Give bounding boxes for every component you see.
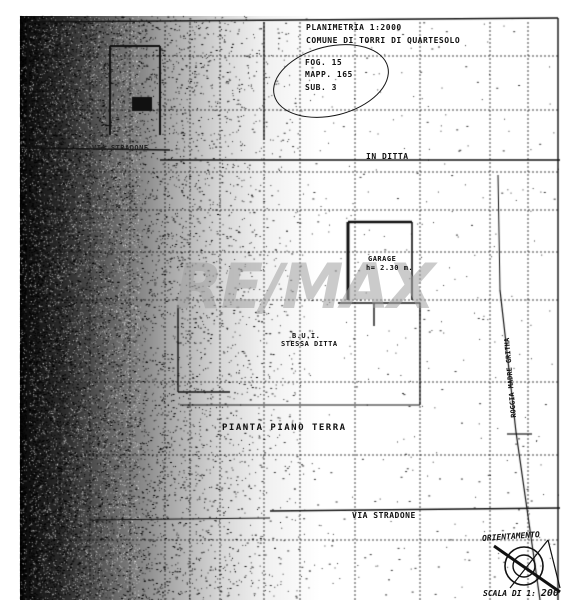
municipality-label: COMUNE DI TORRI DI QUARTESOLO	[306, 37, 460, 45]
floor-title: PIANTA PIANO TERRA	[222, 424, 347, 433]
mappale-label: MAPP. 165	[305, 71, 353, 79]
subalterno-label: SUB. 3	[305, 84, 337, 92]
foglio-label: FOG. 15	[305, 59, 342, 67]
scale-label: SCALA DI 1:	[483, 589, 536, 598]
plan-scale-title: PLANIMETRIA 1:2000	[306, 24, 402, 32]
garage-height-label: h= 2.30 m.	[366, 265, 413, 272]
neighbor-label: IN DITTA	[366, 153, 409, 161]
scale-note: SCALA DI 1: 200	[483, 588, 559, 599]
south-street-label: VIA STRADONE	[352, 512, 416, 520]
scale-value: 200	[541, 588, 559, 599]
north-street-label: VIA STRADONE	[92, 145, 149, 152]
floor-plan-sheet: RE/MAX PLANIMETRIA 1:2000 COMUNE DI TORR…	[0, 0, 587, 600]
bui-owner-label: STESSA DITTA	[281, 341, 338, 348]
bui-label: B.U.I.	[292, 333, 320, 340]
garage-label: GARAGE	[368, 256, 396, 263]
